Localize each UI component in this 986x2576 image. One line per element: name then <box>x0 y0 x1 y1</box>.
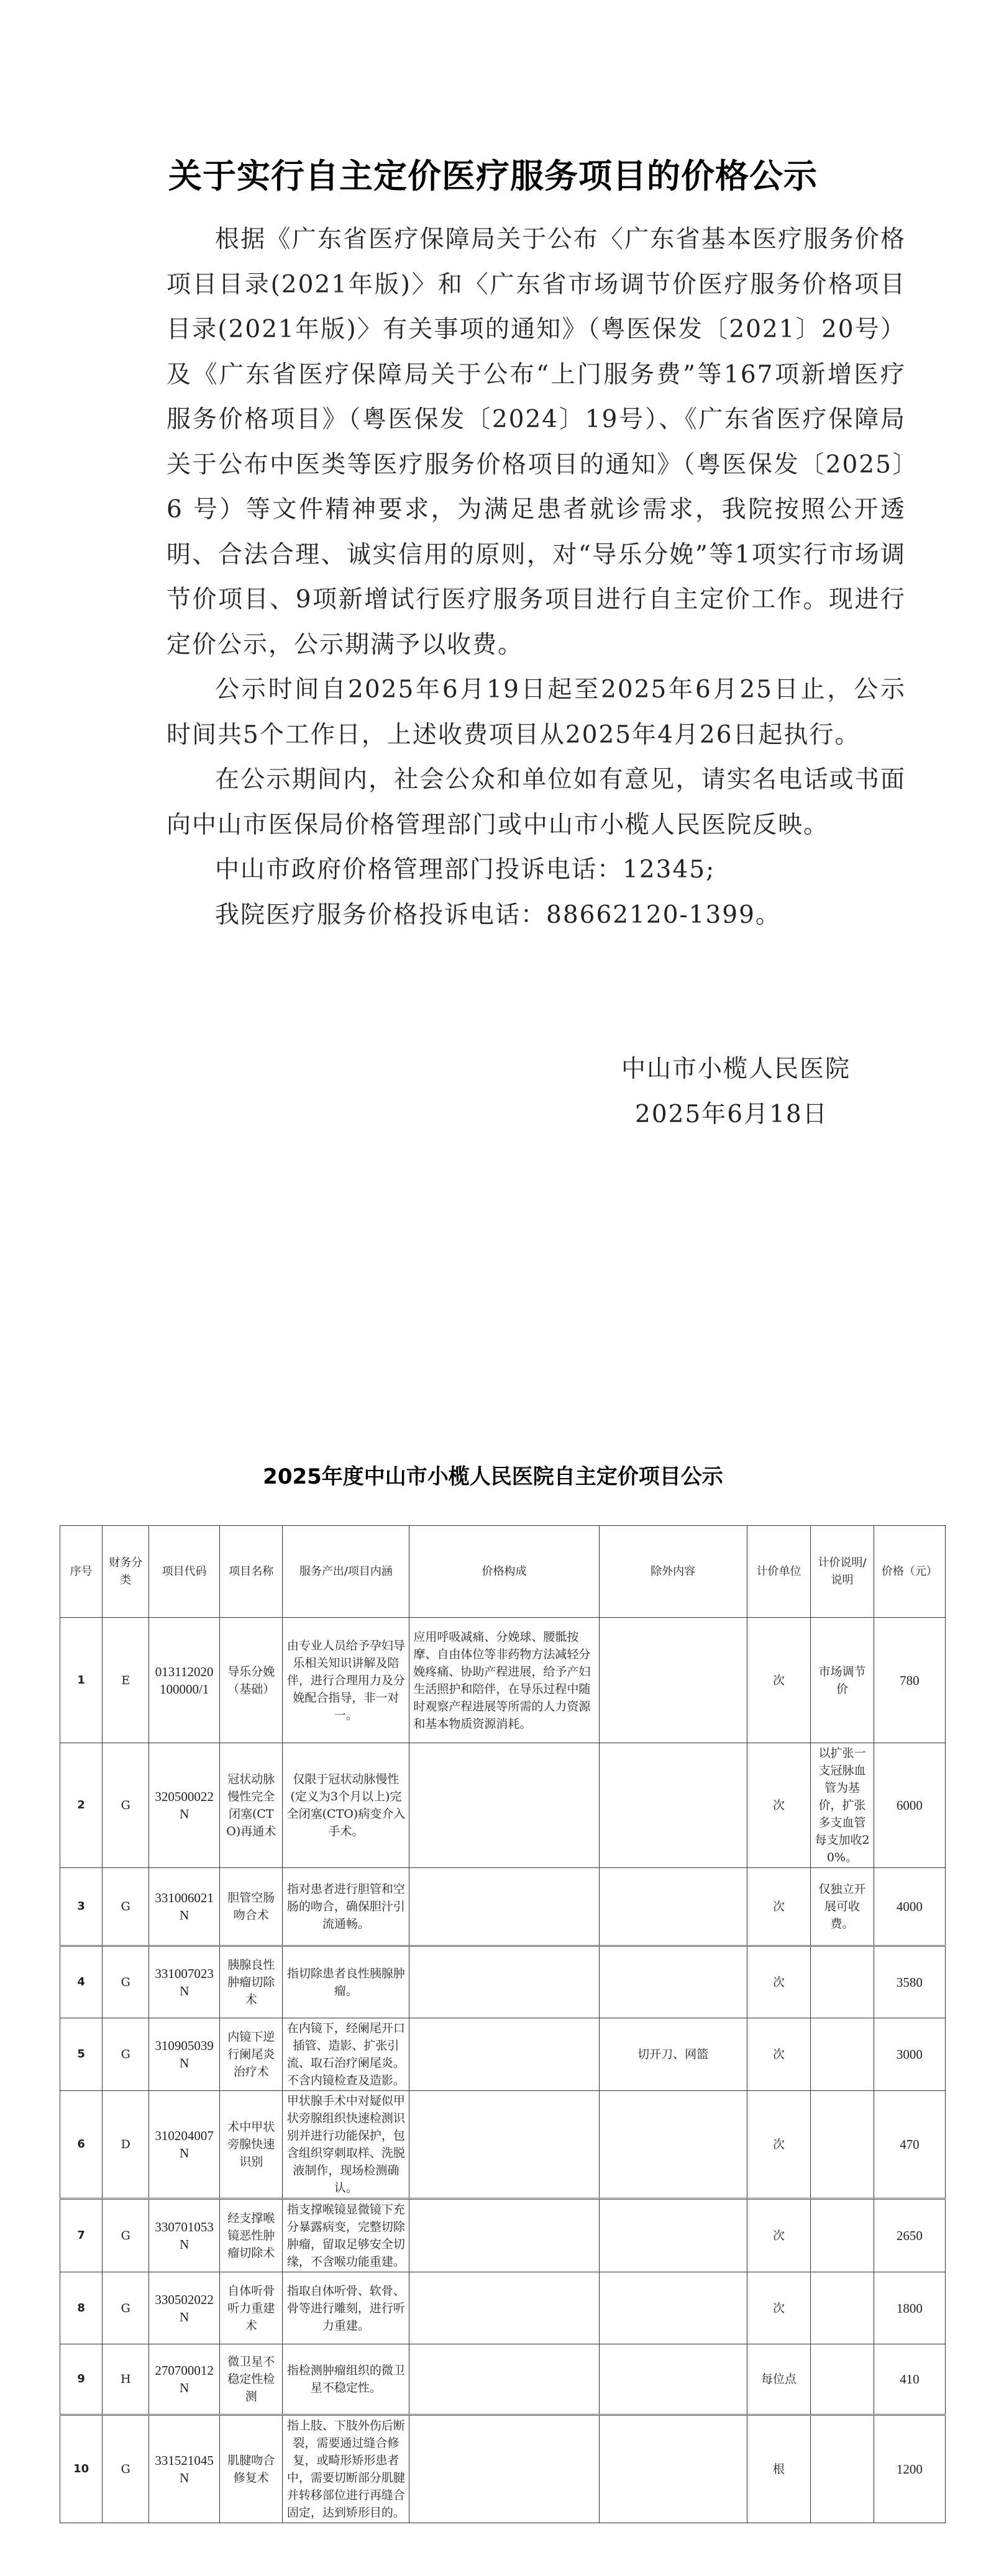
header-unit: 计价单位 <box>747 1526 811 1618</box>
cell-content: 指对患者进行胆管和空肠的吻合，确保胆汁引流通畅。 <box>283 1868 409 1946</box>
header-excluded: 除外内容 <box>599 1526 747 1618</box>
cell-note <box>811 2344 874 2415</box>
cell-note <box>811 2272 874 2344</box>
table-header-row: 序号 财务分类 项目代码 项目名称 服务产出/项目内涵 价格构成 除外内容 计价… <box>60 1526 946 1618</box>
cell-excluded <box>599 1618 747 1743</box>
notice-paragraph-period: 公示时间自2025年6月19日起至2025年6月25日止，公示时间共5个工作日，… <box>167 668 906 758</box>
cell-price: 3580 <box>874 1946 945 2018</box>
cell-name: 微卫星不稳定性检测 <box>220 2344 283 2415</box>
cell-code: 331006021N <box>149 1868 220 1946</box>
cell-content: 由专业人员给予孕妇导乐相关知识讲解及陪伴，进行合理用力及分娩配合指导，非一对一。 <box>283 1618 409 1743</box>
notice-title: 关于实行自主定价医疗服务项目的价格公示 <box>0 150 986 197</box>
cell-code: 310204007N <box>149 2091 220 2199</box>
signature-date: 2025年6月18日 <box>635 1095 828 1130</box>
cell-price: 3000 <box>874 2018 945 2091</box>
cell-code: 330701053N <box>149 2199 220 2272</box>
cell-composition <box>409 1868 599 1946</box>
cell-note: 以扩张一支冠脉血管为基价，扩张多支血管每支加收20%。 <box>811 1743 874 1868</box>
cell-code: 330502022N <box>149 2272 220 2344</box>
cell-note <box>811 2018 874 2091</box>
cell-excluded <box>599 2091 747 2199</box>
cell-category: G <box>103 1743 149 1868</box>
table-row: 5 G 310905039N 内镜下逆行阑尾炎治疗术 在内镜下，经阑尾开口插管、… <box>60 2018 946 2091</box>
cell-name: 胆管空肠吻合术 <box>220 1868 283 1946</box>
cell-excluded <box>599 2272 747 2344</box>
cell-composition <box>409 1946 599 2018</box>
table-row: 6 D 310204007N 术中甲状旁腺快速识别 甲状腺手术中对疑似甲状旁腺组… <box>60 2091 946 2199</box>
cell-price: 780 <box>874 1618 945 1743</box>
cell-seq: 3 <box>60 1868 103 1946</box>
cell-category: G <box>103 2415 149 2523</box>
cell-unit: 次 <box>747 1618 811 1743</box>
cell-composition <box>409 2344 599 2415</box>
cell-code: 331521045N <box>149 2415 220 2523</box>
cell-seq: 1 <box>60 1618 103 1743</box>
cell-price: 1200 <box>874 2415 945 2523</box>
cell-seq: 9 <box>60 2344 103 2415</box>
table-row: 10 G 331521045N 肌腱吻合修复术 指上肢、下肢外伤后断裂，需要通过… <box>60 2415 946 2523</box>
cell-composition: 应用呼吸减痛、分娩球、腰骶按摩、自由体位等非药物方法减轻分娩疼痛、协助产程进展，… <box>409 1618 599 1743</box>
cell-unit: 次 <box>747 2091 811 2199</box>
cell-excluded <box>599 2344 747 2415</box>
cell-content: 指检测肿瘤组织的微卫星不稳定性。 <box>283 2344 409 2415</box>
cell-unit: 次 <box>747 2272 811 2344</box>
cell-content: 在内镜下，经阑尾开口插管、造影、扩张引流、取石治疗阑尾炎。不含内镜检查及造影。 <box>283 2018 409 2091</box>
cell-seq: 10 <box>60 2415 103 2523</box>
notice-paragraph-basis: 根据《广东省医疗保障局关于公布〈广东省基本医疗服务价格项目目录(2021年版)〉… <box>167 217 906 668</box>
table-row: 3 G 331006021N 胆管空肠吻合术 指对患者进行胆管和空肠的吻合，确保… <box>60 1868 946 1946</box>
header-name: 项目名称 <box>220 1526 283 1618</box>
table-row: 4 G 331007023N 胰腺良性肿瘤切除术 指切除患者良性胰腺肿瘤。 次 … <box>60 1946 946 2018</box>
header-category: 财务分类 <box>103 1526 149 1618</box>
cell-composition <box>409 2091 599 2199</box>
cell-unit: 次 <box>747 1743 811 1868</box>
cell-code: 331007023N <box>149 1946 220 2018</box>
cell-category: E <box>103 1618 149 1743</box>
cell-category: G <box>103 1946 149 2018</box>
cell-code: 270700012N <box>149 2344 220 2415</box>
cell-unit: 次 <box>747 2018 811 2091</box>
cell-seq: 2 <box>60 1743 103 1868</box>
cell-composition <box>409 2199 599 2272</box>
cell-name: 肌腱吻合修复术 <box>220 2415 283 2523</box>
cell-seq: 6 <box>60 2091 103 2199</box>
header-note: 计价说明/说明 <box>811 1526 874 1618</box>
table-title: 2025年度中山市小榄人民医院自主定价项目公示 <box>0 1459 986 1490</box>
cell-category: G <box>103 1868 149 1946</box>
cell-unit: 根 <box>747 2415 811 2523</box>
cell-note: 市场调节价 <box>811 1618 874 1743</box>
cell-category: G <box>103 2199 149 2272</box>
cell-price: 410 <box>874 2344 945 2415</box>
table-row: 8 G 330502022N 自体听骨听力重建术 指取自体听骨、软骨、骨等进行雕… <box>60 2272 946 2344</box>
header-composition: 价格构成 <box>409 1526 599 1618</box>
cell-category: G <box>103 2018 149 2091</box>
government-complaint-phone: 中山市政府价格管理部门投诉电话：12345; <box>167 848 906 893</box>
table-row: 2 G 320500022N 冠状动脉慢性完全闭塞(CTO)再通术 仅限于冠状动… <box>60 1743 946 1868</box>
cell-composition <box>409 1743 599 1868</box>
pricing-table: 序号 财务分类 项目代码 项目名称 服务产出/项目内涵 价格构成 除外内容 计价… <box>60 1525 946 2523</box>
cell-seq: 7 <box>60 2199 103 2272</box>
hospital-complaint-phone: 我院医疗服务价格投诉电话：88662120-1399。 <box>167 893 906 938</box>
cell-excluded <box>599 2415 747 2523</box>
cell-seq: 8 <box>60 2272 103 2344</box>
cell-code: 310905039N <box>149 2018 220 2091</box>
cell-price: 2650 <box>874 2199 945 2272</box>
cell-name: 经支撑喉镜恶性肿瘤切除术 <box>220 2199 283 2272</box>
cell-unit: 次 <box>747 1868 811 1946</box>
cell-price: 470 <box>874 2091 945 2199</box>
cell-unit: 次 <box>747 1946 811 2018</box>
cell-note <box>811 1946 874 2018</box>
cell-excluded: 切开刀、网篮 <box>599 2018 747 2091</box>
cell-code: 320500022N <box>149 1743 220 1868</box>
cell-unit: 次 <box>747 2199 811 2272</box>
table-row: 1 E 013112020100000/1 导乐分娩（基础） 由专业人员给予孕妇… <box>60 1618 946 1743</box>
cell-content: 指切除患者良性胰腺肿瘤。 <box>283 1946 409 2018</box>
cell-price: 6000 <box>874 1743 945 1868</box>
cell-composition <box>409 2272 599 2344</box>
cell-seq: 4 <box>60 1946 103 2018</box>
table-row: 7 G 330701053N 经支撑喉镜恶性肿瘤切除术 指支撑喉镜显微镜下充分暴… <box>60 2199 946 2272</box>
notice-body: 根据《广东省医疗保障局关于公布〈广东省基本医疗服务价格项目目录(2021年版)〉… <box>167 217 906 938</box>
signature-organization: 中山市小榄人民医院 <box>621 1050 851 1084</box>
header-content: 服务产出/项目内涵 <box>283 1526 409 1618</box>
header-price: 价格（元） <box>874 1526 945 1618</box>
cell-unit: 每位点 <box>747 2344 811 2415</box>
cell-note <box>811 2199 874 2272</box>
cell-name: 胰腺良性肿瘤切除术 <box>220 1946 283 2018</box>
cell-price: 1800 <box>874 2272 945 2344</box>
cell-category: D <box>103 2091 149 2199</box>
cell-note <box>811 2091 874 2199</box>
header-seq: 序号 <box>60 1526 103 1618</box>
cell-note: 仅独立开展可收费。 <box>811 1868 874 1946</box>
cell-seq: 5 <box>60 2018 103 2091</box>
cell-excluded <box>599 1946 747 2018</box>
cell-excluded <box>599 1868 747 1946</box>
cell-excluded <box>599 1743 747 1868</box>
cell-name: 自体听骨听力重建术 <box>220 2272 283 2344</box>
cell-content: 指取自体听骨、软骨、骨等进行雕刻，进行听力重建。 <box>283 2272 409 2344</box>
cell-content: 指支撑喉镜显微镜下充分暴露病变，完整切除肿瘤，留取足够安全切缘，不含喉功能重建。 <box>283 2199 409 2272</box>
cell-name: 导乐分娩（基础） <box>220 1618 283 1743</box>
table-row: 9 H 270700012N 微卫星不稳定性检测 指检测肿瘤组织的微卫星不稳定性… <box>60 2344 946 2415</box>
cell-price: 4000 <box>874 1868 945 1946</box>
cell-note <box>811 2415 874 2523</box>
cell-composition <box>409 2018 599 2091</box>
cell-name: 内镜下逆行阑尾炎治疗术 <box>220 2018 283 2091</box>
cell-composition <box>409 2415 599 2523</box>
cell-content: 仅限于冠状动脉慢性(定义为3个月以上)完全闭塞(CTO)病变介入手术。 <box>283 1743 409 1868</box>
notice-paragraph-feedback: 在公示期间内，社会公众和单位如有意见，请实名电话或书面向中山市医保局价格管理部门… <box>167 758 906 848</box>
cell-category: G <box>103 2272 149 2344</box>
cell-name: 冠状动脉慢性完全闭塞(CTO)再通术 <box>220 1743 283 1868</box>
cell-code: 013112020100000/1 <box>149 1618 220 1743</box>
cell-excluded <box>599 2199 747 2272</box>
cell-content: 甲状腺手术中对疑似甲状旁腺组织快速检测识别并进行功能保护，包含组织穿刺取样、洗脱… <box>283 2091 409 2199</box>
cell-category: H <box>103 2344 149 2415</box>
cell-content: 指上肢、下肢外伤后断裂，需要通过缝合修复，或畸形矫形患者中，需要切断部分肌腱并转… <box>283 2415 409 2523</box>
cell-name: 术中甲状旁腺快速识别 <box>220 2091 283 2199</box>
header-code: 项目代码 <box>149 1526 220 1618</box>
